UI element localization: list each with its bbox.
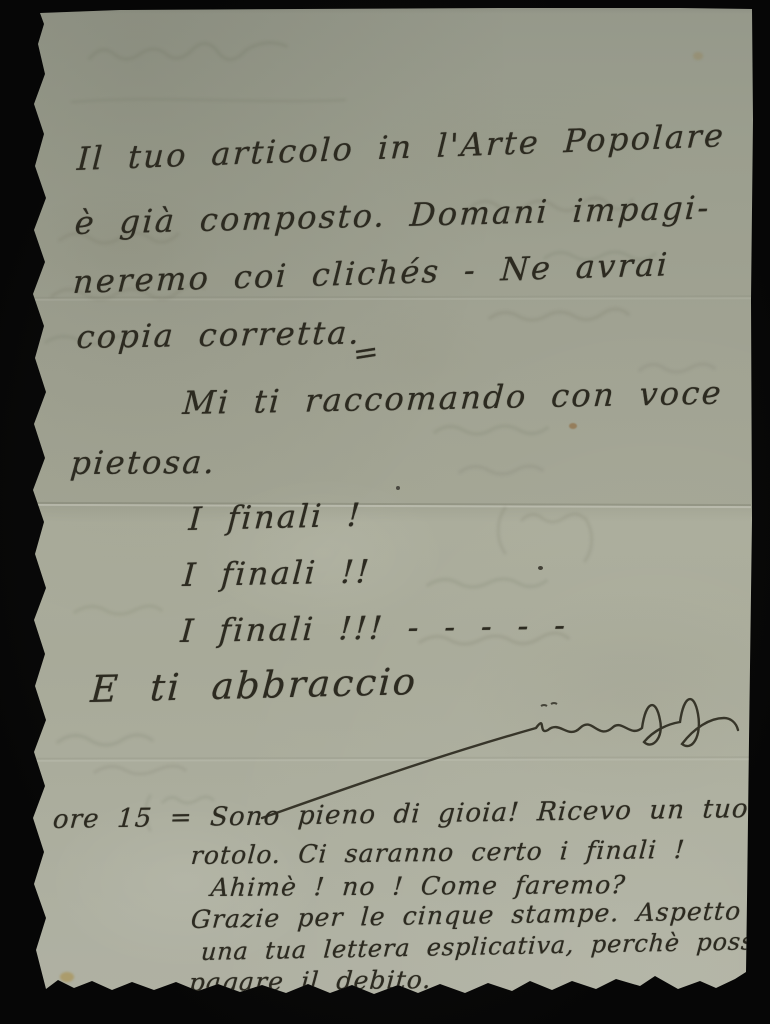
scanned-letter-page: { "document_type": "handwritten-letter-s… (0, 0, 770, 1024)
letter-line-6: pietosa. (69, 443, 218, 482)
letter-paper: Il tuo articolo in l'Arte Popolare è già… (0, 0, 770, 1024)
equals-separator-mark: = (352, 334, 382, 373)
letter-line-7: I finali ! (188, 496, 364, 538)
letter-line-9: I finali !!! - - - - - (179, 606, 569, 650)
postscript-line-2: rotolo. Ci saranno certo i finali ! (190, 835, 687, 870)
letter-line-4: copia corretta. (75, 314, 362, 356)
postscript-line-3: Ahimè ! no ! Come faremo? (210, 870, 627, 902)
letter-line-8: I finali !! (181, 552, 372, 594)
